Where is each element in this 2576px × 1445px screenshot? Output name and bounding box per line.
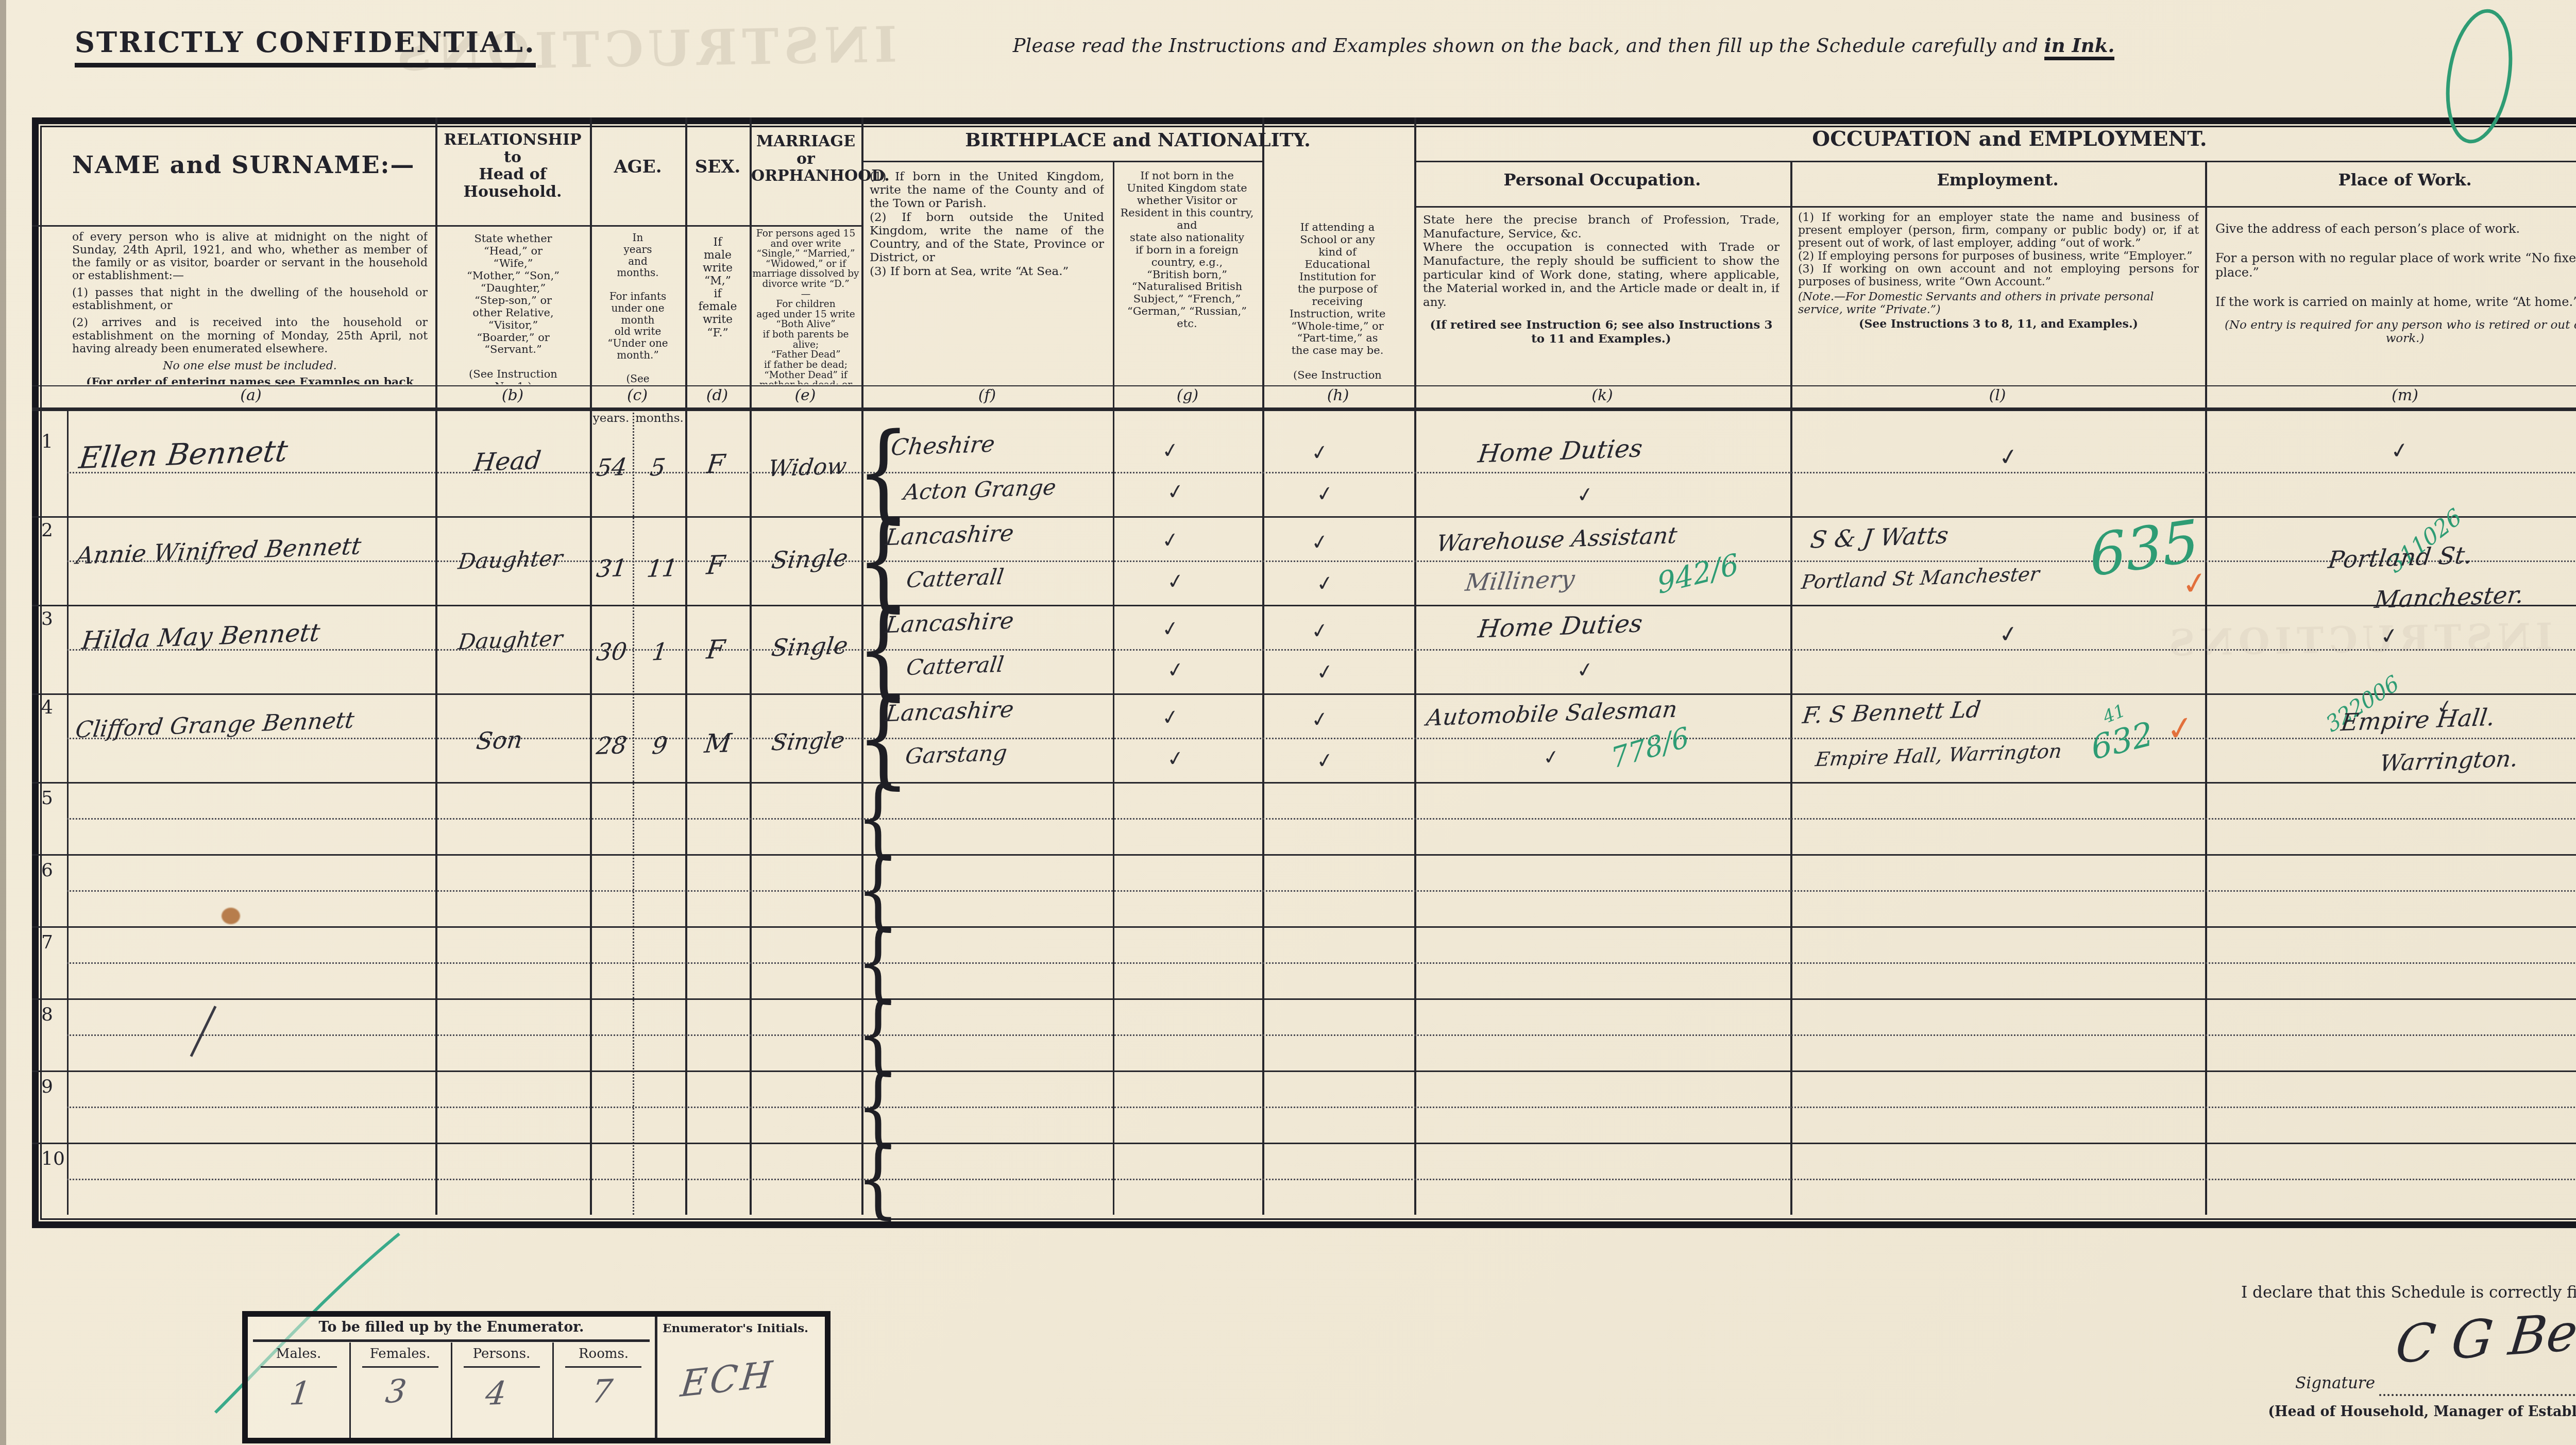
females-value: 3 — [383, 1372, 409, 1410]
males-value: 1 — [287, 1374, 313, 1412]
grid-line — [261, 1366, 337, 1368]
persons-value: 4 — [483, 1374, 509, 1412]
enumerator-box-title: To be filled up by the Enumerator. — [248, 1320, 655, 1335]
enumerator-totals-box: To be filled up by the Enumerator. Males… — [242, 1311, 831, 1443]
signature-note: (Head of Household, Manager of Establish… — [2236, 1404, 2576, 1420]
declaration-text: I declare that this Schedule is correctl… — [2241, 1284, 2576, 1302]
females-label: Females. — [349, 1347, 451, 1362]
rooms-label: Rooms. — [552, 1347, 655, 1362]
grid-line — [464, 1366, 540, 1368]
signature-label: Signature — [2295, 1374, 2375, 1392]
enumerator-initials-value: ECH — [679, 1353, 777, 1406]
signature-line — [2379, 1394, 2576, 1396]
annotation-overlay — [0, 0, 2576, 1445]
males-label: Males. — [248, 1347, 349, 1362]
persons-label: Persons. — [451, 1347, 552, 1362]
census-schedule-scan: INSTRUCTIONS INSTRUCTIONS STRICTLY CONFI… — [0, 0, 2576, 1445]
grid-line — [565, 1366, 641, 1368]
grid-line — [362, 1366, 438, 1368]
grid-line — [253, 1339, 650, 1342]
enumerator-initials-label: Enumerator's Initials. — [657, 1322, 814, 1335]
rooms-value: 7 — [589, 1372, 615, 1410]
green-circle-mark — [2439, 7, 2519, 146]
